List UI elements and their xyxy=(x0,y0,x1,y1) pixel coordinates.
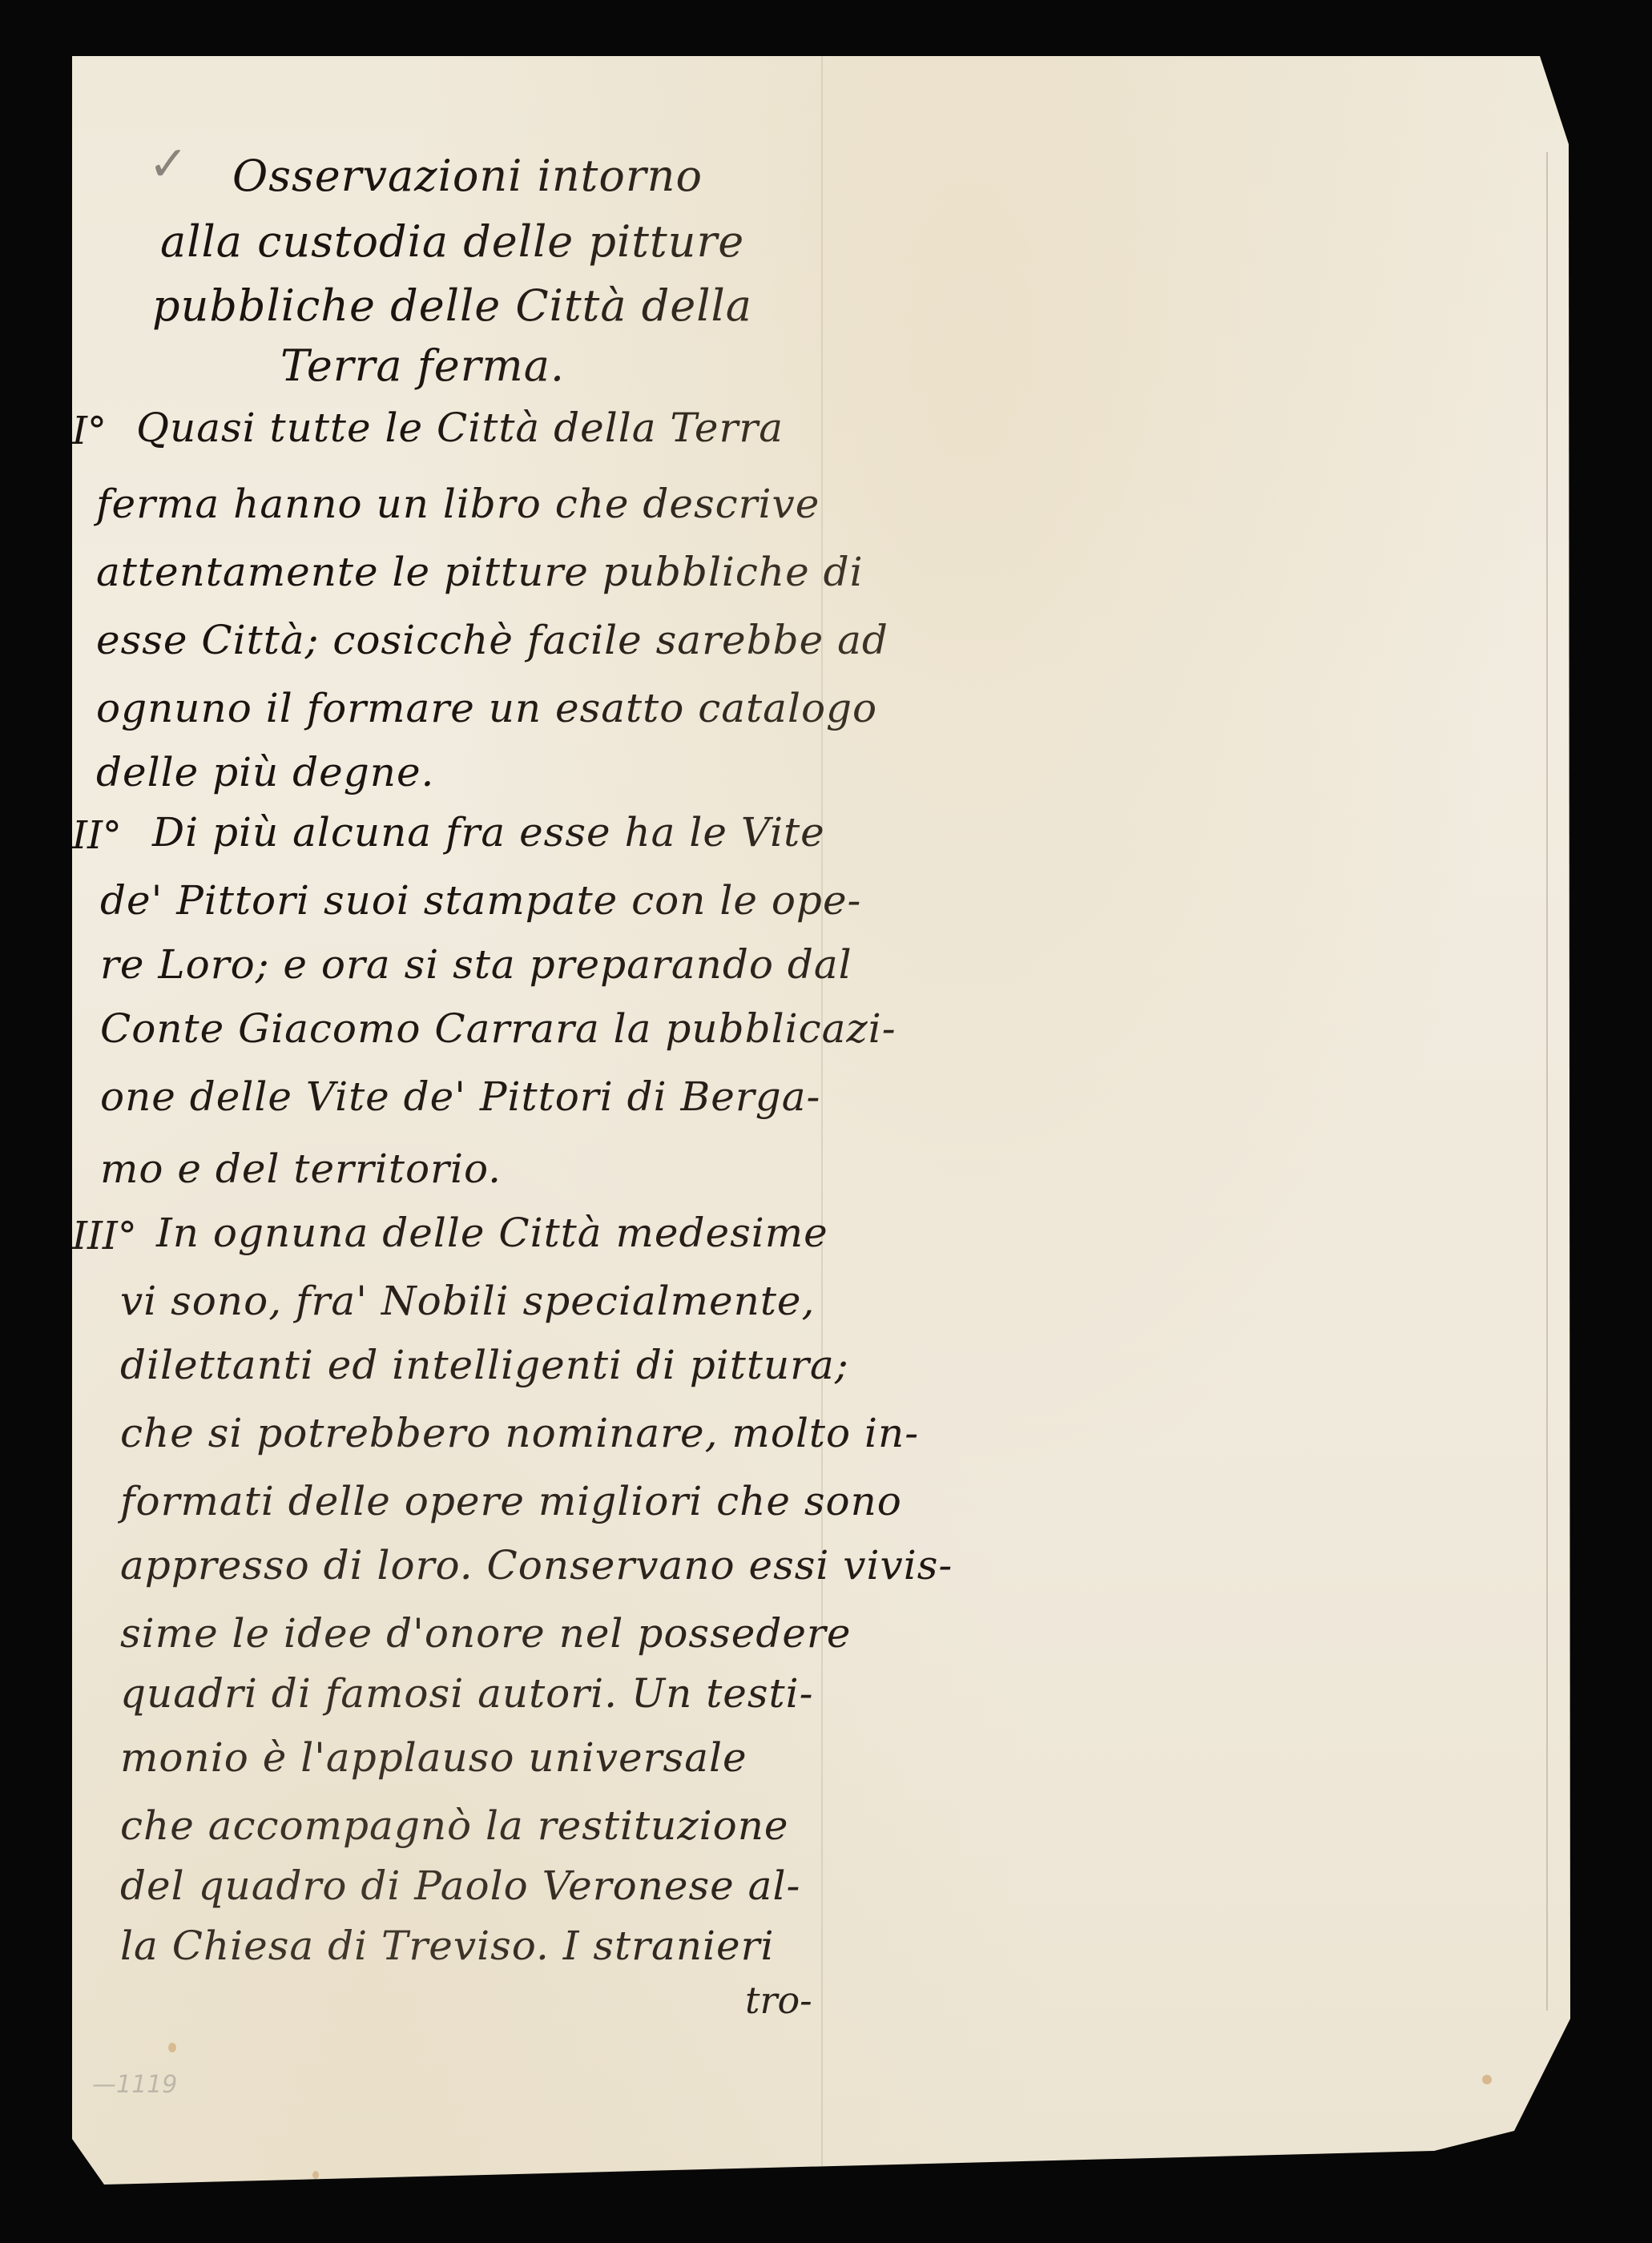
section-3-line-8: quadri di famosi autori. Un testi- xyxy=(120,1670,814,1717)
section-1-line-4: esse Città; cosicchè facile sarebbe ad xyxy=(96,617,888,663)
title-line-1: Osservazioni intorno xyxy=(232,151,703,201)
foxing-stain xyxy=(312,2171,319,2179)
pencil-folio-note: —1119 xyxy=(92,2071,177,2099)
section-3-line-1: In ognuna delle Città medesime xyxy=(156,1210,828,1256)
section-3-line-10: che accompagnò la restituzione xyxy=(120,1802,789,1849)
section-2-line-1: Di più alcuna fra esse ha le Vite xyxy=(152,809,825,856)
section-3-line-12: la Chiesa di Treviso. I stranieri xyxy=(120,1923,775,1969)
section-3-line-2: vi sono, fra' Nobili specialmente, xyxy=(120,1278,815,1324)
pencil-check-icon: ✓ xyxy=(148,136,188,192)
foxing-stain xyxy=(1482,2075,1492,2084)
text-column: ✓ Osservazioni intorno alla custodia del… xyxy=(72,56,841,2185)
section-numeral-2: II° xyxy=(72,813,122,858)
title-line-2: alla custodia delle pitture xyxy=(160,216,744,267)
section-1-line-1: Quasi tutte le Città della Terra xyxy=(136,405,784,451)
right-edge-crease xyxy=(1546,152,1548,2011)
section-1-line-2: ferma hanno un libro che descrive xyxy=(96,481,820,527)
section-1-line-6: delle più degne. xyxy=(96,749,434,795)
section-1-line-3: attentamente le pitture pubbliche di xyxy=(96,549,864,595)
foxing-stain xyxy=(168,2043,176,2052)
section-3-line-4: che si potrebbero nominare, molto in- xyxy=(120,1410,919,1456)
section-1-line-5: ognuno il formare un esatto catalogo xyxy=(96,685,877,731)
section-3-line-5: formati delle opere migliori che sono xyxy=(120,1478,902,1524)
manuscript-page: ✓ Osservazioni intorno alla custodia del… xyxy=(72,56,1570,2185)
section-2-line-5: one delle Vite de' Pittori di Berga- xyxy=(100,1073,820,1120)
title-line-3: pubbliche delle Città della xyxy=(152,280,752,331)
section-2-line-3: re Loro; e ora si sta preparando dal xyxy=(100,941,852,988)
catchword: tro- xyxy=(745,1979,812,2022)
title-line-4: Terra ferma. xyxy=(280,340,565,391)
section-3-line-9: monio è l'applauso universale xyxy=(120,1734,747,1781)
section-numeral-1: I° xyxy=(72,409,107,453)
section-3-line-3: dilettanti ed intelligenti di pittura; xyxy=(120,1342,849,1388)
section-3-line-7: sime le idee d'onore nel possedere xyxy=(120,1610,851,1657)
section-2-line-4: Conte Giacomo Carrara la pubblicazi- xyxy=(100,1005,897,1052)
section-numeral-3: III° xyxy=(72,1214,137,1258)
section-3-line-11: del quadro di Paolo Veronese al- xyxy=(120,1862,800,1909)
section-2-line-2: de' Pittori suoi stampate con le ope- xyxy=(100,877,861,924)
section-3-line-6: appresso di loro. Conservano essi vivis- xyxy=(120,1542,953,1589)
section-2-line-6: mo e del territorio. xyxy=(100,1146,502,1192)
